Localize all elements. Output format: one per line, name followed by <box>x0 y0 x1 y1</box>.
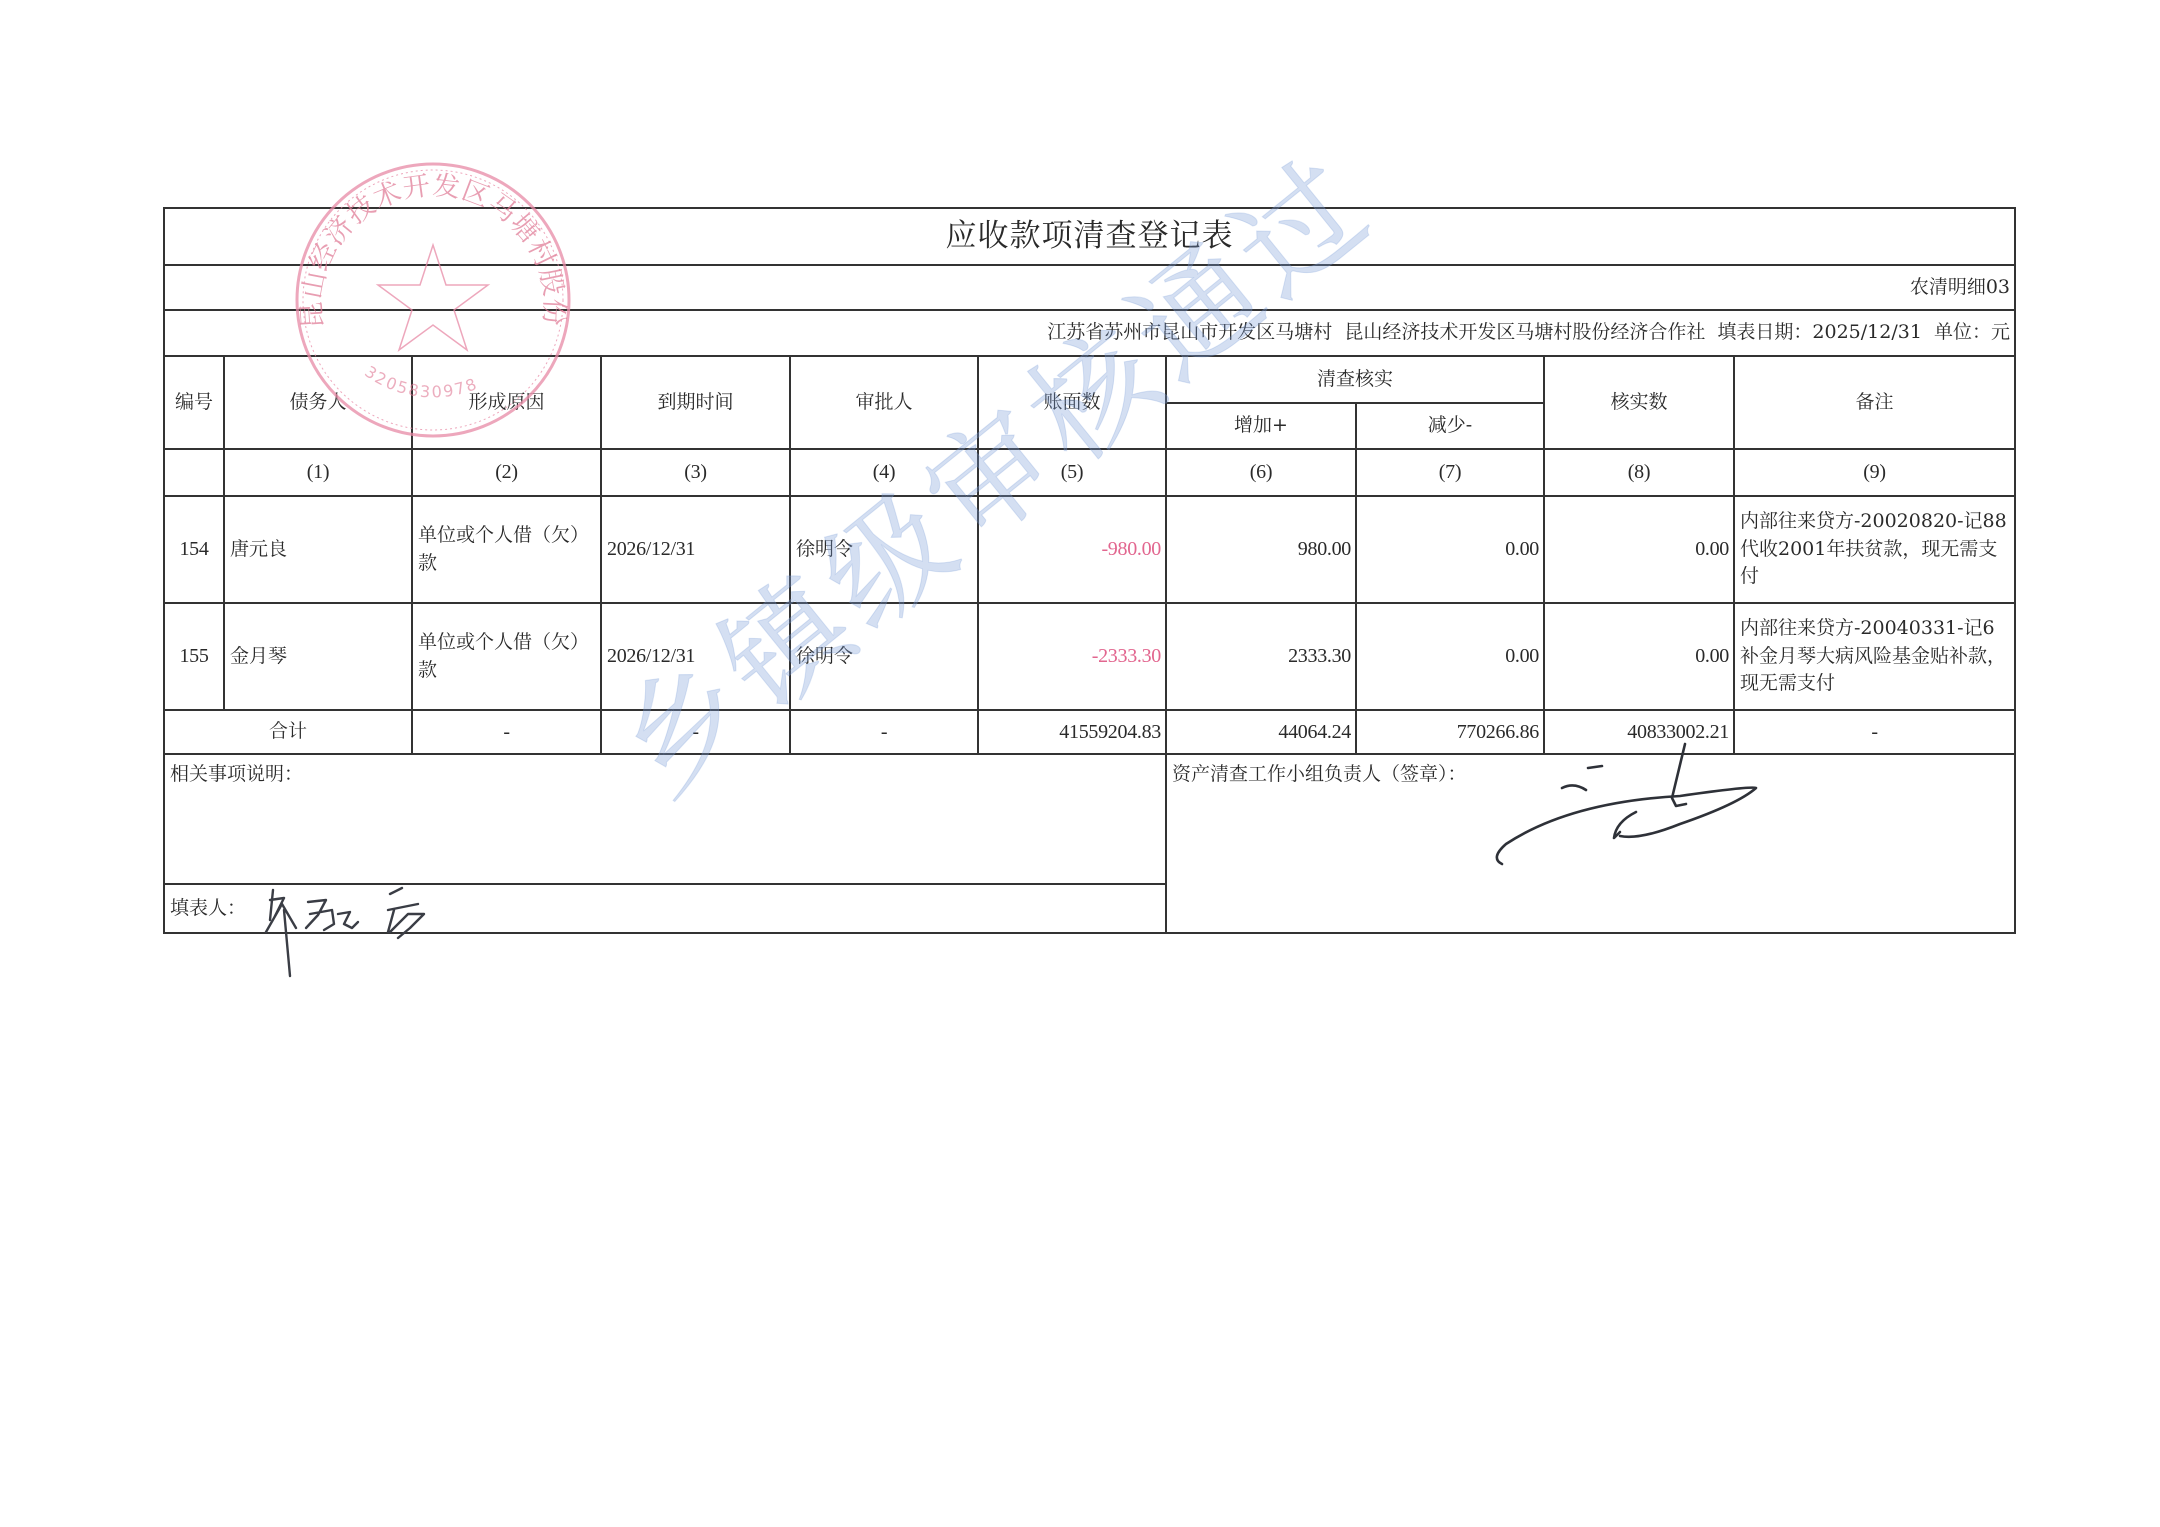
table-border-bottom <box>163 932 2016 934</box>
row-verified: 0.00 <box>1545 497 1733 602</box>
header-increase: 增加+ <box>1167 404 1355 448</box>
row-id: 154 <box>165 497 223 602</box>
table-border-right <box>2014 207 2016 934</box>
form-info-line: 江苏省苏州市昆山市开发区马塘村 昆山经济技术开发区马塘村股份经济合作社 填表日期… <box>163 311 2014 355</box>
row-decrease: 0.00 <box>1357 497 1543 602</box>
col-number: (8) <box>1545 450 1733 495</box>
row-due-date: 2026/12/31 <box>602 604 789 709</box>
row-approver: 徐明令 <box>791 604 977 709</box>
row-reason: 单位或个人借（欠）款 <box>413 497 600 602</box>
row-reason: 单位或个人借（欠）款 <box>413 604 600 709</box>
leader-label: 资产清查工作小组负责人（签章）： <box>1167 755 2014 932</box>
col-number: (6) <box>1167 450 1355 495</box>
row-debtor: 金月琴 <box>225 604 411 709</box>
header-reason: 形成原因 <box>413 357 600 448</box>
row-verified: 0.00 <box>1545 604 1733 709</box>
row-increase: 980.00 <box>1167 497 1355 602</box>
col-number: (1) <box>225 450 411 495</box>
col-number: (3) <box>602 450 789 495</box>
col-number: (5) <box>979 450 1165 495</box>
row-decrease: 0.00 <box>1357 604 1543 709</box>
form-code: 农清明细03 <box>163 266 2014 309</box>
header-verified: 核实数 <box>1545 357 1733 448</box>
total-approver: - <box>791 711 977 753</box>
receivables-audit-form: 应收款项清查登记表 农清明细03 江苏省苏州市昆山市开发区马塘村 昆山经济技术开… <box>0 0 2160 1527</box>
total-book-value: 41559204.83 <box>979 711 1165 753</box>
header-decrease: 减少- <box>1357 404 1543 448</box>
preparer-label: 填表人： <box>165 885 365 932</box>
row-book-value: -980.00 <box>979 497 1165 602</box>
notes-label: 相关事项说明： <box>165 755 1165 883</box>
header-book-value: 账面数 <box>979 357 1165 448</box>
header-remark: 备注 <box>1735 357 2014 448</box>
total-verified: 40833002.21 <box>1545 711 1733 753</box>
header-id: 编号 <box>165 357 223 448</box>
col-number: (2) <box>413 450 600 495</box>
total-reason: - <box>413 711 600 753</box>
row-id: 155 <box>165 604 223 709</box>
row-book-value: -2333.30 <box>979 604 1165 709</box>
form-title: 应收款项清查登记表 <box>163 209 2016 264</box>
row-approver: 徐明令 <box>791 497 977 602</box>
total-due-date: - <box>602 711 789 753</box>
total-increase: 44064.24 <box>1167 711 1355 753</box>
col-number: (7) <box>1357 450 1543 495</box>
header-due-date: 到期时间 <box>602 357 789 448</box>
header-approver: 审批人 <box>791 357 977 448</box>
row-remark: 内部往来贷方-20020820-记88代收2001年扶贫款，现无需支付 <box>1735 497 2014 602</box>
row-increase: 2333.30 <box>1167 604 1355 709</box>
header-verify-group: 清查核实 <box>1167 357 1543 402</box>
row-due-date: 2026/12/31 <box>602 497 789 602</box>
total-label: 合计 <box>165 711 411 753</box>
row-remark: 内部往来贷方-20040331-记6 补金月琴大病风险基金贴补款，现无需支付 <box>1735 604 2014 709</box>
header-debtor: 债务人 <box>225 357 411 448</box>
row-debtor: 唐元良 <box>225 497 411 602</box>
total-remark: - <box>1735 711 2014 753</box>
col-number: (4) <box>791 450 977 495</box>
col-number: (9) <box>1735 450 2014 495</box>
total-decrease: 770266.86 <box>1357 711 1543 753</box>
